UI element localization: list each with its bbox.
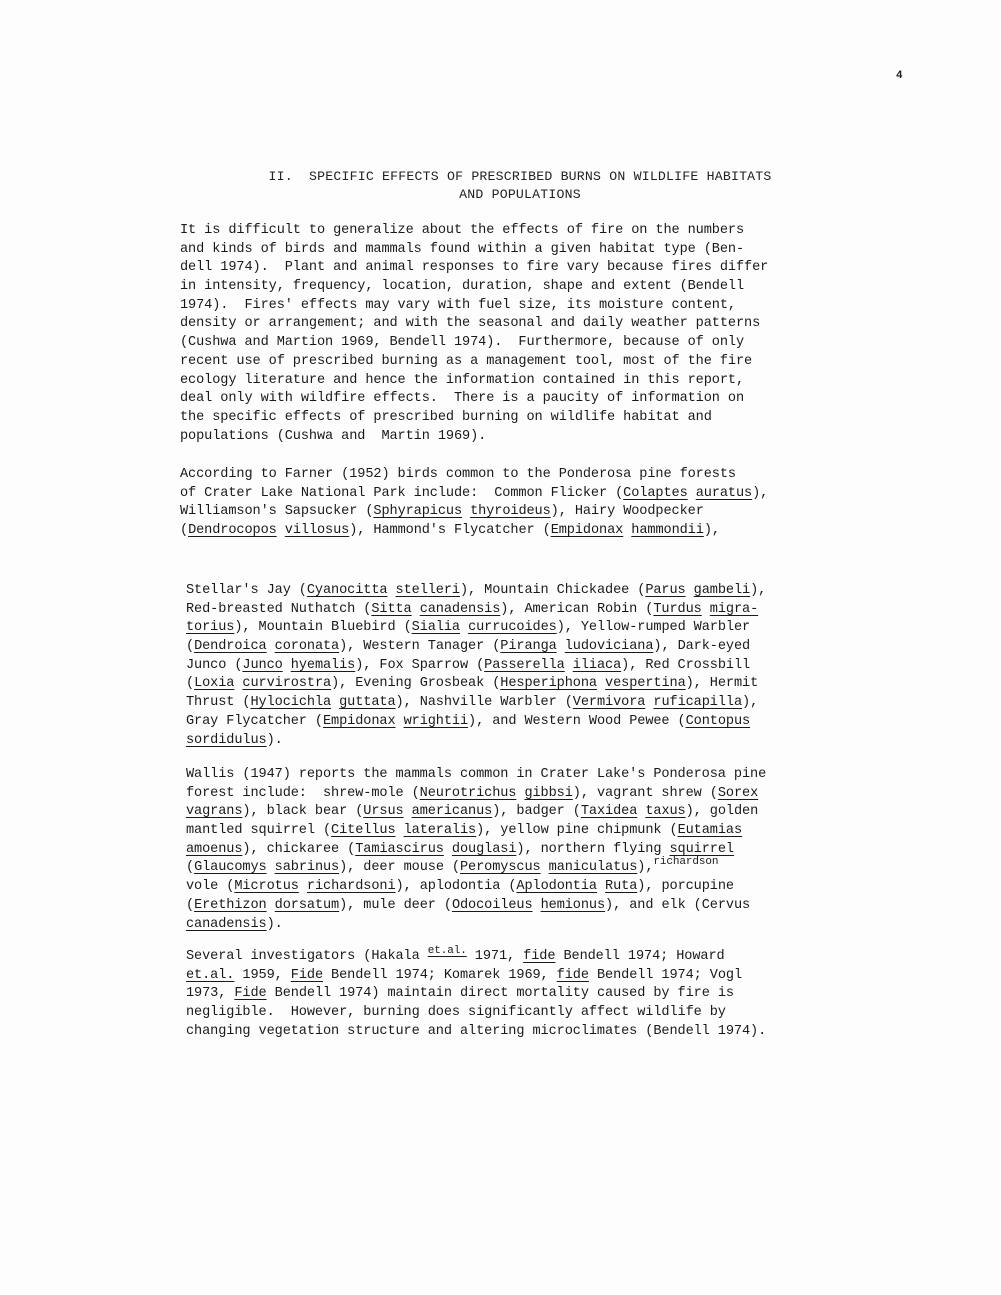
text-span: Bendell 1974; Vogl <box>589 968 742 983</box>
text-span <box>396 823 404 838</box>
underlined-term: sordidulus <box>186 733 267 748</box>
underlined-term: ludoviciana <box>565 639 654 654</box>
underlined-term: Microtus <box>234 879 298 894</box>
underlined-term: Parus <box>645 583 685 598</box>
text-span: (Cushwa and Martion 1969, Bendell 1974).… <box>180 335 744 350</box>
text-span: dell 1974). Plant and animal responses t… <box>180 260 768 275</box>
text-span: ecology literature and hence the informa… <box>180 373 744 388</box>
text-span: negligible. However, burning does signif… <box>186 1005 726 1020</box>
text-line: torius), Mountain Bluebird (Sialia curru… <box>186 619 766 638</box>
text-span <box>597 676 605 691</box>
text-line: recent use of prescribed burning as a ma… <box>180 353 768 372</box>
text-span: ), vagrant shrew ( <box>573 786 718 801</box>
text-span <box>387 583 395 598</box>
underlined-term: thyroideus <box>470 504 551 519</box>
text-span <box>557 639 565 654</box>
paragraph-birds-list: Stellar's Jay (Cyanocitta stelleri), Mou… <box>186 582 766 750</box>
underlined-term: gibbsi <box>524 786 572 801</box>
underlined-term: fide <box>557 968 589 983</box>
text-span: According to Farner (1952) birds common … <box>180 467 736 482</box>
text-span <box>267 860 275 875</box>
underlined-term: stelleri <box>396 583 460 598</box>
underlined-term: hyemalis <box>291 658 355 673</box>
text-span <box>396 714 404 729</box>
paragraph-mortality: Several investigators (Hakala et.al. 197… <box>186 948 766 1041</box>
underlined-term: coronata <box>275 639 339 654</box>
text-span: 1974). Fires' effects may vary with fuel… <box>180 298 736 313</box>
text-line: Junco (Junco hyemalis), Fox Sparrow (Pas… <box>186 657 766 676</box>
text-line: density or arrangement; and with the sea… <box>180 315 768 334</box>
text-span <box>412 602 420 617</box>
text-line: vagrans), black bear (Ursus americanus),… <box>186 803 766 822</box>
text-span: Several investigators (Hakala <box>186 949 428 964</box>
text-line: Red-breasted Nuthatch (Sitta canadensis)… <box>186 601 766 620</box>
text-line: (Loxia curvirostra), Evening Grosbeak (H… <box>186 675 766 694</box>
text-span: and kinds of birds and mammals found wit… <box>180 242 744 257</box>
text-span: Gray Flycatcher ( <box>186 714 323 729</box>
text-span: deal only with wildfire effects. There i… <box>180 391 744 406</box>
underlined-term: Ursus <box>363 804 403 819</box>
underlined-term: vespertina <box>605 676 686 691</box>
text-span: ), Hermit <box>686 676 759 691</box>
underlined-term: vagrans <box>186 804 242 819</box>
text-span <box>686 583 694 598</box>
text-span <box>404 804 412 819</box>
text-line: in intensity, frequency, location, durat… <box>180 278 768 297</box>
underlined-term: richardsoni <box>307 879 396 894</box>
text-span: ( <box>186 860 194 875</box>
text-line: ecology literature and hence the informa… <box>180 372 768 391</box>
text-span: ), black bear ( <box>242 804 363 819</box>
underlined-term: Piranga <box>500 639 556 654</box>
text-line: Stellar's Jay (Cyanocitta stelleri), Mou… <box>186 582 766 601</box>
text-span: Bendell 1974; Howard <box>555 949 724 964</box>
text-line: Several investigators (Hakala et.al. 197… <box>186 948 766 967</box>
text-line: (Erethizon dorsatum), mule deer (Odocoil… <box>186 897 766 916</box>
text-line: vole (Microtus richardsoni), aplodontia … <box>186 878 766 897</box>
text-span <box>331 695 339 710</box>
underlined-term: Erethizon <box>194 898 267 913</box>
text-line: of Crater Lake National Park include: Co… <box>180 485 768 504</box>
text-span: ). <box>267 733 283 748</box>
underlined-term: Cyanocitta <box>307 583 388 598</box>
underlined-term: auratus <box>696 486 752 501</box>
text-line: and kinds of birds and mammals found wit… <box>180 241 768 260</box>
text-span <box>267 898 275 913</box>
underlined-term: Citellus <box>331 823 395 838</box>
text-line: changing vegetation structure and alteri… <box>186 1023 766 1042</box>
text-span: ), Western Tanager ( <box>339 639 500 654</box>
text-span: ), Dark-eyed <box>653 639 750 654</box>
underlined-term: Glaucomys <box>194 860 267 875</box>
text-line: dell 1974). Plant and animal responses t… <box>180 259 768 278</box>
underlined-term: Hesperiphona <box>500 676 597 691</box>
text-span: Thrust ( <box>186 695 250 710</box>
underlined-term: Turdus <box>653 602 701 617</box>
text-span: ), and elk (Cervus <box>605 898 750 913</box>
text-span: ), Mountain Bluebird ( <box>234 620 411 635</box>
text-span: of Crater Lake National Park include: Co… <box>180 486 623 501</box>
underlined-term: guttata <box>339 695 395 710</box>
underlined-term: Tamiascirus <box>355 842 444 857</box>
text-span: It is difficult to generalize about the … <box>180 223 744 238</box>
text-span <box>565 658 573 673</box>
text-span: ), Nashville Warbler ( <box>396 695 573 710</box>
underlined-term: Sitta <box>371 602 411 617</box>
paragraph-birds-intro: According to Farner (1952) birds common … <box>180 466 768 541</box>
text-line: mantled squirrel (Citellus lateralis), y… <box>186 822 766 841</box>
text-span: ), Hammond's Flycatcher ( <box>349 523 550 538</box>
underlined-term: Sialia <box>412 620 460 635</box>
section-heading-line-2: AND POPULATIONS <box>170 186 870 204</box>
text-span: ), chickaree ( <box>242 842 355 857</box>
text-span: ), Fox Sparrow ( <box>355 658 484 673</box>
text-span <box>597 879 605 894</box>
text-span: ), badger ( <box>492 804 581 819</box>
underlined-term: Aplodontia <box>516 879 597 894</box>
text-span <box>277 523 285 538</box>
underlined-term: Loxia <box>194 676 234 691</box>
underlined-term: et.al. <box>186 968 234 983</box>
text-span <box>688 486 696 501</box>
text-span: ( <box>186 676 194 691</box>
underlined-term: currucoides <box>468 620 557 635</box>
text-span: ( <box>180 523 188 538</box>
text-span: forest include: shrew-mole ( <box>186 786 420 801</box>
underlined-term: curvirostra <box>242 676 331 691</box>
underlined-term: Fide <box>291 968 323 983</box>
text-span: ), Red Crossbill <box>621 658 750 673</box>
text-line: It is difficult to generalize about the … <box>180 222 768 241</box>
text-span: ). <box>267 917 283 932</box>
underlined-term: Contopus <box>686 714 750 729</box>
text-span: recent use of prescribed burning as a ma… <box>180 354 752 369</box>
underlined-term: Eutamias <box>678 823 742 838</box>
text-span: ), Yellow-rumped Warbler <box>557 620 750 635</box>
text-span: ), golden <box>686 804 759 819</box>
underlined-term: canadensis <box>186 917 267 932</box>
text-span: richardson <box>653 856 718 868</box>
text-span: ), <box>704 523 720 538</box>
underlined-term: villosus <box>285 523 349 538</box>
text-span: Bendell 1974) maintain direct mortality … <box>267 986 734 1001</box>
text-span <box>533 898 541 913</box>
text-span: ), Mountain Chickadee ( <box>460 583 645 598</box>
text-line: et.al. 1959, Fide Bendell 1974; Komarek … <box>186 967 766 986</box>
text-span: ), American Robin ( <box>500 602 653 617</box>
underlined-term: americanus <box>412 804 493 819</box>
underlined-term: douglasi <box>452 842 516 857</box>
underlined-term: et.al. <box>428 945 467 957</box>
text-span: ), yellow pine chipmunk ( <box>476 823 677 838</box>
text-span: ), <box>637 860 653 875</box>
text-span: Wallis (1947) reports the mammals common… <box>186 767 766 782</box>
paragraph-mammals: Wallis (1947) reports the mammals common… <box>186 766 766 934</box>
paragraph-intro: It is difficult to generalize about the … <box>180 222 768 446</box>
text-span <box>702 602 710 617</box>
text-span: ), mule deer ( <box>339 898 452 913</box>
underlined-term: migra- <box>710 602 758 617</box>
text-line: the specific effects of prescribed burni… <box>180 409 768 428</box>
text-span: ), northern flying <box>516 842 669 857</box>
text-span: mantled squirrel ( <box>186 823 331 838</box>
text-span <box>460 620 468 635</box>
text-line: Thrust (Hylocichla guttata), Nashville W… <box>186 694 766 713</box>
underlined-term: gambeli <box>694 583 750 598</box>
underlined-term: Dendrocopos <box>188 523 277 538</box>
underlined-term: maniculatus <box>549 860 638 875</box>
text-span: Junco ( <box>186 658 242 673</box>
text-line: populations (Cushwa and Martin 1969). <box>180 428 768 447</box>
underlined-term: fide <box>523 949 555 964</box>
page-number: 4 <box>896 70 903 82</box>
underlined-term: torius <box>186 620 234 635</box>
text-span: Red-breasted Nuthatch ( <box>186 602 371 617</box>
text-span: populations (Cushwa and Martin 1969). <box>180 429 486 444</box>
text-span: ), and Western Wood Pewee ( <box>468 714 686 729</box>
text-span: Stellar's Jay ( <box>186 583 307 598</box>
text-line: (Dendrocopos villosus), Hammond's Flycat… <box>180 522 768 541</box>
text-line: sordidulus). <box>186 732 766 751</box>
underlined-term: Colaptes <box>623 486 687 501</box>
underlined-term: hammondii <box>631 523 704 538</box>
text-span: 1959, <box>234 968 290 983</box>
text-span: ), <box>750 583 766 598</box>
underlined-term: wrightii <box>404 714 468 729</box>
text-span: the specific effects of prescribed burni… <box>180 410 712 425</box>
text-span: in intensity, frequency, location, durat… <box>180 279 744 294</box>
underlined-term: sabrinus <box>275 860 339 875</box>
text-line: (Dendroica coronata), Western Tanager (P… <box>186 638 766 657</box>
underlined-term: lateralis <box>404 823 477 838</box>
text-line: 1974). Fires' effects may vary with fuel… <box>180 297 768 316</box>
text-span: Bendell 1974; Komarek 1969, <box>323 968 557 983</box>
text-span <box>462 504 470 519</box>
underlined-term: Peromyscus <box>460 860 541 875</box>
text-span <box>444 842 452 857</box>
underlined-term: amoenus <box>186 842 242 857</box>
underlined-term: Empidonax <box>323 714 396 729</box>
text-span: ), deer mouse ( <box>339 860 460 875</box>
document-page: 4 II. SPECIFIC EFFECTS OF PRESCRIBED BUR… <box>0 0 1001 1295</box>
text-span <box>267 639 275 654</box>
text-line: Wallis (1947) reports the mammals common… <box>186 766 766 785</box>
underlined-term: Junco <box>242 658 282 673</box>
underlined-term: Vermivora <box>573 695 646 710</box>
underlined-term: taxus <box>645 804 685 819</box>
underlined-term: Fide <box>234 986 266 1001</box>
underlined-term: Hylocichla <box>250 695 331 710</box>
text-span: ( <box>186 898 194 913</box>
section-heading: II. SPECIFIC EFFECTS OF PRESCRIBED BURNS… <box>170 168 870 204</box>
section-heading-line-1: II. SPECIFIC EFFECTS OF PRESCRIBED BURNS… <box>170 168 870 186</box>
text-span: ), <box>742 695 758 710</box>
text-line: According to Farner (1952) birds common … <box>180 466 768 485</box>
text-line: Williamson's Sapsucker (Sphyrapicus thyr… <box>180 503 768 522</box>
text-span: vole ( <box>186 879 234 894</box>
underlined-term: Ruta <box>605 879 637 894</box>
text-span: ), porcupine <box>637 879 734 894</box>
underlined-term: Sphyrapicus <box>373 504 462 519</box>
text-line: deal only with wildfire effects. There i… <box>180 390 768 409</box>
underlined-term: Sorex <box>718 786 758 801</box>
text-span <box>283 658 291 673</box>
text-span: 1973, <box>186 986 234 1001</box>
text-line: negligible. However, burning does signif… <box>186 1004 766 1023</box>
text-span: density or arrangement; and with the sea… <box>180 316 760 331</box>
text-line: canadensis). <box>186 916 766 935</box>
underlined-term: Empidonax <box>551 523 624 538</box>
underlined-term: Odocoileus <box>452 898 533 913</box>
text-span: Williamson's Sapsucker ( <box>180 504 373 519</box>
text-line: (Cushwa and Martion 1969, Bendell 1974).… <box>180 334 768 353</box>
underlined-term: squirrel <box>670 842 734 857</box>
text-line: forest include: shrew-mole (Neurotrichus… <box>186 785 766 804</box>
text-span: ), Hairy Woodpecker <box>551 504 704 519</box>
text-span: ( <box>186 639 194 654</box>
underlined-term: hemionus <box>541 898 605 913</box>
underlined-term: Neurotrichus <box>420 786 517 801</box>
text-line: Gray Flycatcher (Empidonax wrightii), an… <box>186 713 766 732</box>
underlined-term: Taxidea <box>581 804 637 819</box>
underlined-term: canadensis <box>420 602 501 617</box>
text-span: ), <box>752 486 768 501</box>
text-line: 1973, Fide Bendell 1974) maintain direct… <box>186 985 766 1004</box>
text-span: ), aplodontia ( <box>396 879 517 894</box>
underlined-term: iliaca <box>573 658 621 673</box>
underlined-term: dorsatum <box>275 898 339 913</box>
text-span: 1971, <box>467 949 523 964</box>
underlined-term: Dendroica <box>194 639 267 654</box>
text-line: (Glaucomys sabrinus), deer mouse (Peromy… <box>186 859 766 878</box>
text-span: ), Evening Grosbeak ( <box>331 676 500 691</box>
underlined-term: Passerella <box>484 658 565 673</box>
underlined-term: ruficapilla <box>653 695 742 710</box>
text-span <box>299 879 307 894</box>
text-span: changing vegetation structure and alteri… <box>186 1024 766 1039</box>
text-span <box>541 860 549 875</box>
